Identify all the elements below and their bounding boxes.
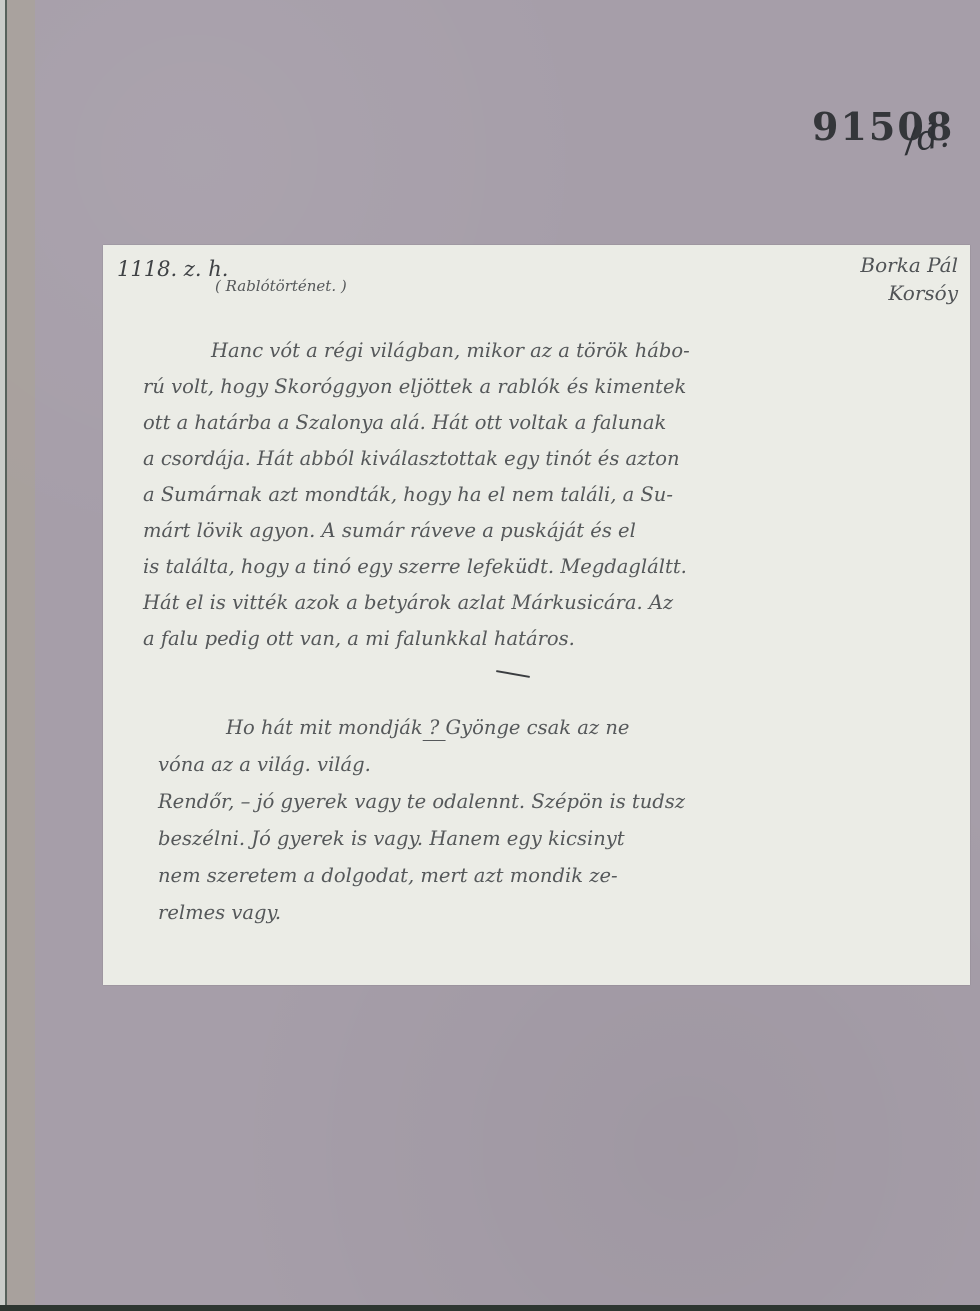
story-line: Hanc vót a régi világban, mikor az a tör… <box>143 333 958 369</box>
narrator-block: Borka Pál Korsóy <box>860 251 958 307</box>
dialogue-line: beszélni. Jó gyerek is vagy. Hanem egy k… <box>158 820 958 857</box>
story-line: a csordája. Hát abból kiválasztottak egy… <box>143 441 958 477</box>
story-text: Hanc vót a régi világban, mikor az a tör… <box>143 333 958 657</box>
archive-suffix: /d. <box>902 115 951 161</box>
dialogue-line-end: Gyönge csak az ne <box>446 716 630 739</box>
story-line: márt lövik agyon. A sumár ráveve a puská… <box>143 513 958 549</box>
story-line: a Sumárnak azt mondták, hogy ha el nem t… <box>143 477 958 513</box>
board-left-edge <box>0 0 7 1305</box>
dialogue-underlined-mark: ? <box>423 716 446 739</box>
dialogue-text: Ho hát mit mondják ? Gyönge csak az ne v… <box>158 709 958 931</box>
board-left-strip <box>7 0 35 1305</box>
dialogue-line: vóna az a világ. világ. <box>158 746 958 783</box>
manuscript-sheet: 1118. z. h. ( Rablótörténet. ) Borka Pál… <box>103 245 970 985</box>
story-category: ( Rablótörténet. ) <box>215 277 347 295</box>
reference-code: 1118. z. h. <box>117 257 228 281</box>
narrator-name: Borka Pál <box>860 251 958 279</box>
dialogue-line: Ho hát mit mondják ? Gyönge csak az ne <box>158 709 958 746</box>
story-line: rú volt, hogy Skoróggyon eljöttek a rabl… <box>143 369 958 405</box>
story-line: ott a határba a Szalonya alá. Hát ott vo… <box>143 405 958 441</box>
dialogue-line: relmes vagy. <box>158 894 958 931</box>
narrator-place: Korsóy <box>860 279 958 307</box>
dialogue-line-start: Ho hát mit mondják <box>226 716 423 739</box>
archive-board: 91508 /d. 1118. z. h. ( Rablótörténet. )… <box>0 0 980 1305</box>
scan-bottom-edge <box>0 1305 980 1311</box>
dialogue-line: nem szeretem a dolgodat, mert azt mondik… <box>158 857 958 894</box>
story-line: a falu pedig ott van, a mi falunkkal hat… <box>143 621 958 657</box>
story-line: Hát el is vitték azok a betyárok azlat M… <box>143 585 958 621</box>
section-divider <box>496 670 530 678</box>
dialogue-line: Rendőr, – jó gyerek vagy te odalennt. Sz… <box>158 783 958 820</box>
story-line: is találta, hogy a tinó egy szerre lefek… <box>143 549 958 585</box>
